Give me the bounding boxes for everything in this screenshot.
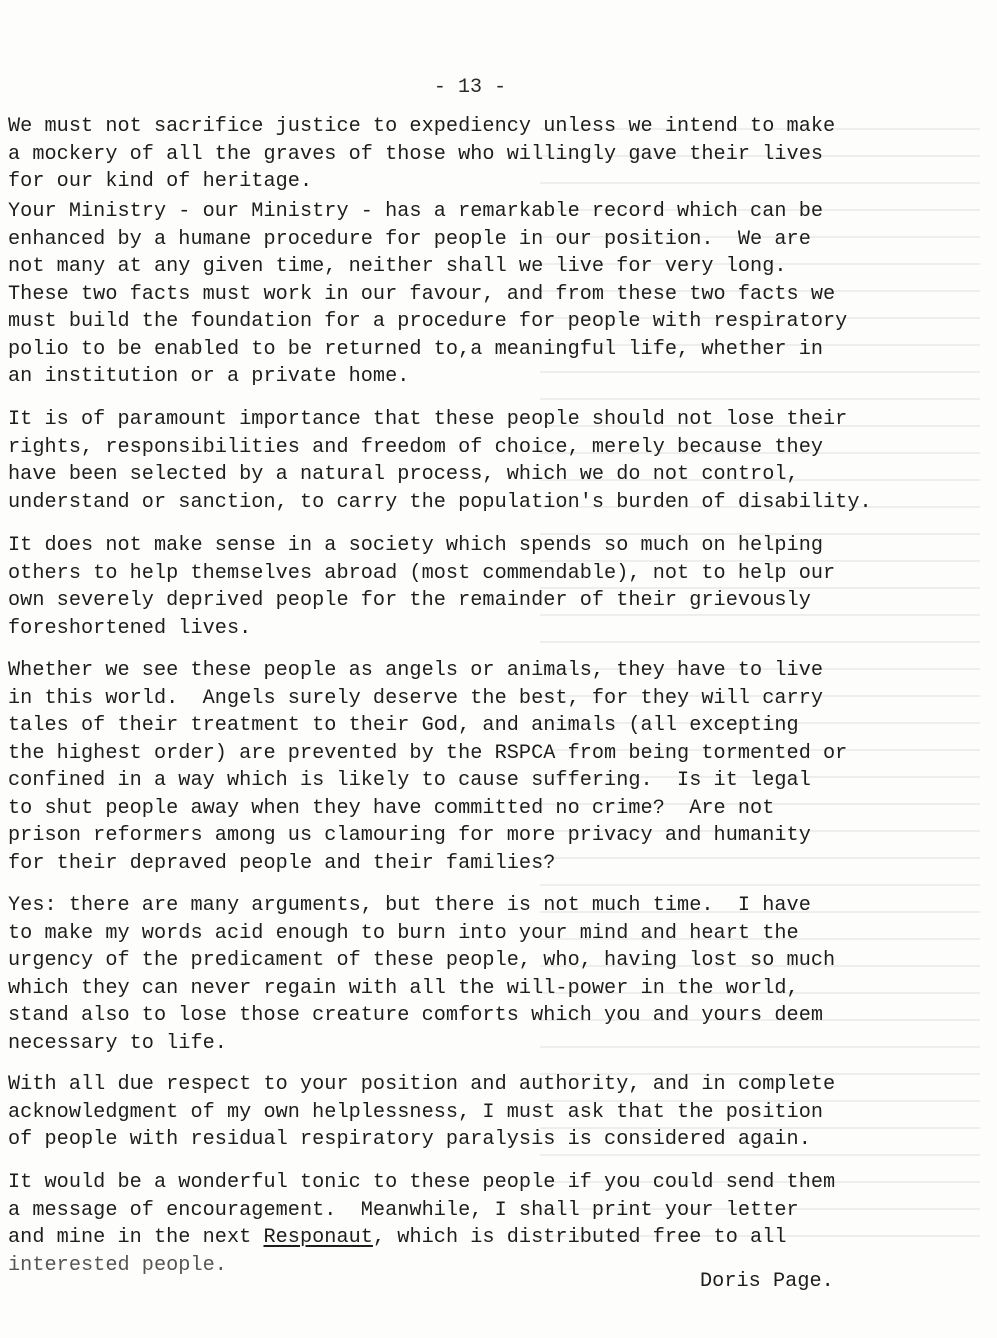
text-line: Your Ministry - our Ministry - has a rem… <box>8 198 993 226</box>
text-line: tales of their treatment to their God, a… <box>8 712 993 740</box>
text-line: prison reformers among us clamouring for… <box>8 822 993 850</box>
text-line: which they can never regain with all the… <box>8 975 993 1003</box>
text-line: to shut people away when they have commi… <box>8 795 993 823</box>
text-line: of people with residual respiratory para… <box>8 1126 993 1154</box>
text-line: urgency of the predicament of these peop… <box>8 947 993 975</box>
text-line: to make my words acid enough to burn int… <box>8 920 993 948</box>
text-line: necessary to life. <box>8 1030 993 1058</box>
text-line: interested people. <box>8 1252 993 1280</box>
text-line: polio to be enabled to be returned to,a … <box>8 336 993 364</box>
text-line: confined in a way which is likely to cau… <box>8 767 993 795</box>
text-fragment: and mine in the next <box>8 1226 263 1249</box>
text-line: Yes: there are many arguments, but there… <box>8 892 993 920</box>
paragraph-angels-or-animals: Whether we see these people as angels or… <box>8 657 993 877</box>
text-line: acknowledgment of my own helplessness, I… <box>8 1099 993 1127</box>
text-line-with-publication: and mine in the next Responaut, which is… <box>8 1224 993 1252</box>
text-line: We must not sacrifice justice to expedie… <box>8 113 993 141</box>
paragraph-does-not-make-sense: It does not make sense in a society whic… <box>8 532 993 642</box>
paragraph-due-respect: With all due respect to your position an… <box>8 1071 993 1154</box>
text-line: not many at any given time, neither shal… <box>8 253 993 281</box>
text-line: the highest order) are prevented by the … <box>8 740 993 768</box>
text-line: must build the foundation for a procedur… <box>8 308 993 336</box>
text-line: in this world. Angels surely deserve the… <box>8 685 993 713</box>
paragraph-sacrifice-justice: We must not sacrifice justice to expedie… <box>8 113 993 196</box>
text-line: own severely deprived people for the rem… <box>8 587 993 615</box>
text-line: stand also to lose those creature comfor… <box>8 1002 993 1030</box>
text-fragment: , which is distributed free to all <box>373 1226 787 1249</box>
text-line: With all due respect to your position an… <box>8 1071 993 1099</box>
paragraph-wonderful-tonic: It would be a wonderful tonic to these p… <box>8 1169 993 1279</box>
text-line: have been selected by a natural process,… <box>8 461 993 489</box>
text-line: an institution or a private home. <box>8 363 993 391</box>
text-line: foreshortened lives. <box>8 615 993 643</box>
text-line: It does not make sense in a society whic… <box>8 532 993 560</box>
text-line: These two facts must work in our favour,… <box>8 281 993 309</box>
text-line: Whether we see these people as angels or… <box>8 657 993 685</box>
document-page: - 13 - We must not sacrifice justice to … <box>0 0 997 1338</box>
text-line: others to help themselves abroad (most c… <box>8 560 993 588</box>
text-line: a mockery of all the graves of those who… <box>8 141 993 169</box>
text-line: a message of encouragement. Meanwhile, I… <box>8 1197 993 1225</box>
text-line: for our kind of heritage. <box>8 168 993 196</box>
page-number: - 13 - <box>0 76 940 99</box>
text-line: enhanced by a humane procedure for peopl… <box>8 226 993 254</box>
text-line: for their depraved people and their fami… <box>8 850 993 878</box>
paragraph-paramount-importance: It is of paramount importance that these… <box>8 406 993 516</box>
paragraph-many-arguments: Yes: there are many arguments, but there… <box>8 892 993 1057</box>
text-line: rights, responsibilities and freedom of … <box>8 434 993 462</box>
paragraph-your-ministry: Your Ministry - our Ministry - has a rem… <box>8 198 993 391</box>
text-line: It would be a wonderful tonic to these p… <box>8 1169 993 1197</box>
text-line: It is of paramount importance that these… <box>8 406 993 434</box>
signature: Doris Page. <box>700 1268 834 1296</box>
publication-name-responaut: Responaut <box>263 1226 372 1249</box>
text-line: understand or sanction, to carry the pop… <box>8 489 993 517</box>
